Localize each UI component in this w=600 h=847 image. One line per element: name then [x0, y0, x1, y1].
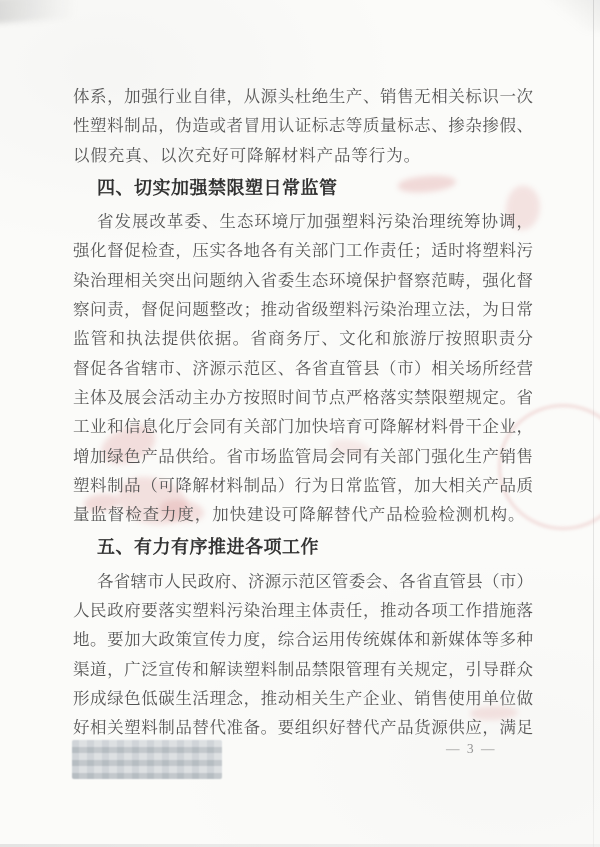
- document-line: 各省辖市人民政府、济源示范区管委会、各省直管县（市）: [73, 567, 533, 596]
- document-line: 塑料制品（可降解材料制品）行为日常监管，加大相关产品质: [73, 471, 533, 500]
- document-line: 形成绿色低碳生活理念，推动相关生产企业、销售使用单位做: [73, 684, 533, 713]
- scan-smudge-top-left: [0, 0, 103, 24]
- document-line: 性塑料制品，伪造或者冒用认证标志等质量标志、掺杂掺假、: [73, 111, 533, 140]
- page-number: — 3 —: [446, 741, 516, 757]
- document-line: 染治理相关突出问题纳入省委生态环境保护督察范畴，强化督: [73, 266, 533, 295]
- document-line: 强化督促检查，压实各地各有关部门工作责任；适时将塑料污: [73, 236, 533, 265]
- section-heading: 五、有力有序推进各项工作: [73, 533, 533, 562]
- document-line: 主体及展会活动主办方按照时间节点严格落实禁限塑规定。省: [73, 383, 533, 412]
- scanned-document-page: 体系，加强行业自律，从源头杜绝生产、销售无相关标识一次性塑料制品，伪造或者冒用认…: [0, 0, 600, 847]
- section-heading: 四、切实加强禁限塑日常监管: [73, 174, 533, 203]
- document-line: 人民政府要落实塑料污染治理主体责任，推动各项工作措施落: [73, 596, 533, 625]
- document-line: 增加绿色产品供给。省市场监管局会同有关部门强化生产销售: [73, 442, 533, 471]
- document-line: 地。要加大政策宣传力度，综合运用传统媒体和新媒体等多种: [73, 625, 533, 654]
- document-line: 好相关塑料制品替代准备。要组织好替代产品货源供应，满足: [73, 713, 533, 742]
- document-line: 督促各省辖市、济源示范区、各省直管县（市）相关场所经营: [73, 354, 533, 383]
- document-line: 体系，加强行业自律，从源头杜绝生产、销售无相关标识一次: [73, 82, 533, 111]
- document-line: 以假充真、以次充好可降解材料产品等行为。: [73, 141, 533, 170]
- redacted-blur-patch: [72, 740, 222, 779]
- scan-smudge-top-right: [540, 0, 600, 32]
- document-text-block: 体系，加强行业自律，从源头杜绝生产、销售无相关标识一次性塑料制品，伪造或者冒用认…: [73, 82, 533, 743]
- document-line: 察问责，督促问题整改；推动省级塑料污染治理立法，为日常: [73, 295, 533, 324]
- document-line: 工业和信息化厅会同有关部门加快培育可降解材料骨干企业，: [73, 412, 533, 441]
- scan-edge-right: [593, 0, 594, 847]
- document-line: 渠道，广泛宣传和解读塑料制品禁限管理有关规定，引导群众: [73, 655, 533, 684]
- document-line: 量监督检查力度，加快建设可降解替代产品检验检测机构。: [73, 500, 533, 529]
- document-line: 省发展改革委、生态环境厅加强塑料污染治理统筹协调，: [73, 207, 533, 236]
- document-line: 监管和执法提供依据。省商务厅、文化和旅游厅按照职责分工，: [73, 324, 533, 353]
